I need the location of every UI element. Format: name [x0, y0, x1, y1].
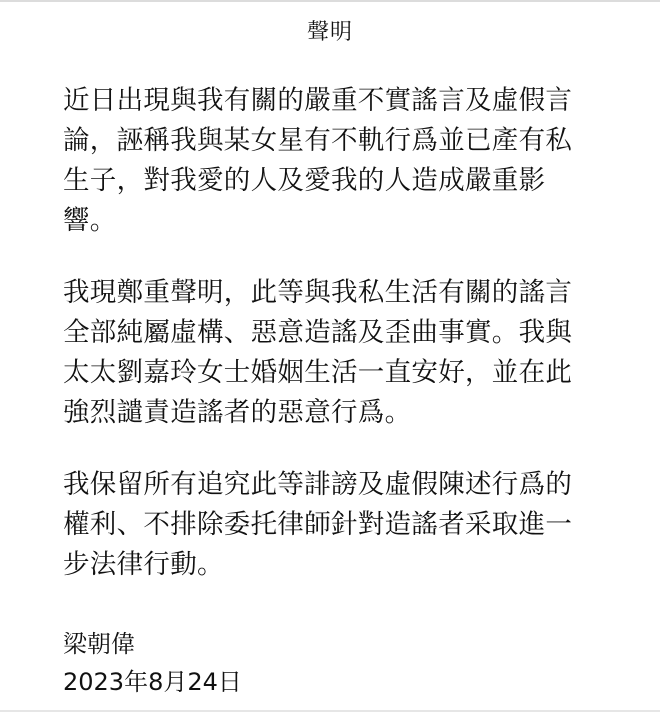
- statement-document: 聲明 近日出現與我有關的嚴重不實謠言及虛假言 論，誣稱我與某女星有不軌行爲並已產…: [0, 0, 660, 712]
- signature-date: 2023年8月24日: [63, 664, 242, 700]
- signature-name: 梁朝偉: [63, 626, 135, 662]
- paragraph-line: 生子，對我愛的人及愛我的人造成嚴重影: [63, 161, 603, 201]
- paragraph-line: 步法律行動。: [63, 545, 603, 585]
- paragraph-1: 近日出現與我有關的嚴重不實謠言及虛假言 論，誣稱我與某女星有不軌行爲並已產有私 …: [63, 81, 603, 241]
- document-title: 聲明: [0, 18, 660, 48]
- paragraph-line: 太太劉嘉玲女士婚姻生活一直安好，並在此: [63, 353, 603, 393]
- paragraph-line: 近日出現與我有關的嚴重不實謠言及虛假言: [63, 81, 603, 121]
- paragraph-line: 權利、不排除委托律師針對造謠者采取進一: [63, 505, 603, 545]
- paragraph-line: 我保留所有追究此等誹謗及虛假陳述行爲的: [63, 465, 603, 505]
- paragraph-line: 我現鄭重聲明，此等與我私生活有關的謠言: [63, 273, 603, 313]
- paragraph-2: 我現鄭重聲明，此等與我私生活有關的謠言 全部純屬虛構、惡意造謠及歪曲事實。我與 …: [63, 273, 603, 433]
- paragraph-3: 我保留所有追究此等誹謗及虛假陳述行爲的 權利、不排除委托律師針對造謠者采取進一 …: [63, 465, 603, 585]
- paragraph-line: 全部純屬虛構、惡意造謠及歪曲事實。我與: [63, 313, 603, 353]
- paragraph-line: 響。: [63, 201, 603, 241]
- paragraph-line: 論，誣稱我與某女星有不軌行爲並已產有私: [63, 121, 603, 161]
- paragraph-line: 強烈譴責造謠者的惡意行爲。: [63, 393, 603, 433]
